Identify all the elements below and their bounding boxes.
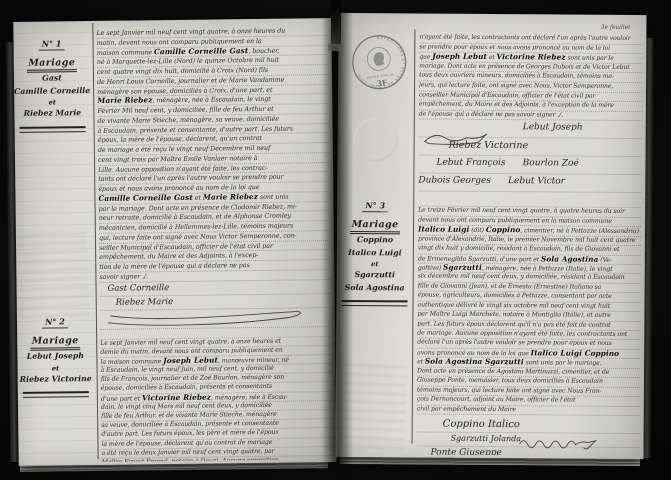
entry-type-label: Mariage xyxy=(350,218,401,234)
entry3-margin-label: N° 3 Mariage CoppinoItalico LuigietSgarz… xyxy=(337,193,414,307)
entry-end-rule xyxy=(342,300,408,306)
embossed-seal xyxy=(354,117,398,161)
entry-number: N° 2 xyxy=(42,315,68,328)
entry1-margin-label: N° 1 Mariage GastCamille CorneilleetRieb… xyxy=(13,31,90,132)
entry2-signature-block: Lebut Joseph Riebez Victorine Lebut Fran… xyxy=(418,120,641,194)
party-name: Camille Corneille Gast xyxy=(98,193,192,203)
margin-name-line: Sgarzutti xyxy=(337,269,413,282)
margin-name-line: Sola Agostina xyxy=(337,281,413,294)
margin-name-line: Gast xyxy=(14,72,90,85)
party-name: Victorine Riebez xyxy=(497,53,566,62)
svg-text:3F: 3F xyxy=(376,78,388,88)
left-text-column: Le sept Janvier mil neuf cent vingt quat… xyxy=(96,26,332,462)
entry1-signature-block: Gast Corneille Riebez Marie xyxy=(99,280,331,330)
etat-civil-stamp-icon: EXPÉDITIONS ET ACTES DE L'ÉTAT CIVIL PAP… xyxy=(347,30,412,95)
entry-end-rule xyxy=(20,126,86,133)
entry-type-label: Mariage xyxy=(30,334,81,351)
party-name: Sola Agostina xyxy=(541,254,598,263)
party-name: Joseph Lebut xyxy=(432,53,487,61)
signature: Riebez Victorine xyxy=(419,138,642,158)
entry2-margin-label: N° 2 Mariage Lebut JosephetRiebez Victor… xyxy=(17,309,94,398)
signature: Ponte Giuseppe xyxy=(416,446,639,456)
party-name: Sola Agostina Sgarzutti xyxy=(425,358,524,367)
entry-number: N° 1 xyxy=(39,37,65,50)
margin-name-line: Riebez Marie xyxy=(14,107,90,120)
party-name: Marie Riebez xyxy=(97,96,152,106)
left-page: N° 1 Mariage GastCamille CorneilleetRieb… xyxy=(13,18,336,466)
signature: Lebut Joseph xyxy=(419,120,642,140)
party-name: Marie Riebez xyxy=(203,192,258,202)
party-name: Joseph Lebut xyxy=(163,355,218,365)
margin-name-line: Camille Corneille xyxy=(14,85,90,98)
margin-name-line: Lebut Joseph xyxy=(17,350,93,363)
margin-name-line: Coppino xyxy=(337,234,413,247)
marianne-head-icon xyxy=(373,52,385,67)
ink-bleedthrough xyxy=(16,232,90,321)
entry2-text-block: Le sept Janvier mil neuf cent vingt quat… xyxy=(100,337,332,462)
right-margin-column: EXPÉDITIONS ET ACTES DE L'ÉTAT CIVIL PAP… xyxy=(335,13,416,458)
row-spacer xyxy=(418,192,641,209)
entry-type-label: Mariage xyxy=(26,56,77,73)
party-name: Victorine Riebez xyxy=(142,392,211,402)
party-name: Italico Luigi Coppino xyxy=(531,348,620,357)
signature: Lebut François Bourlon Zoé xyxy=(418,156,641,176)
margin-name-line: et xyxy=(337,259,413,270)
ink-bleedthrough xyxy=(338,364,407,451)
signature: Coppino Italico xyxy=(417,418,640,434)
bookmark-ribbon xyxy=(331,0,341,46)
entry1-text-block: Le sept Janvier mil neuf cent vingt quat… xyxy=(96,26,330,282)
party-name: Italico Luigi xyxy=(418,226,469,234)
entry2-continuation-block: n'ayant été faite, les contractants ont … xyxy=(419,33,643,121)
margin-name-line: Riebez Victorine xyxy=(18,373,94,386)
register-photo: N° 1 Mariage GastCamille CorneilleetRieb… xyxy=(0,0,671,480)
entry3-text-block: Le treize Février mil neuf cent vingt qu… xyxy=(417,207,641,416)
margin-name-line: Italico Luigi xyxy=(337,246,413,259)
right-page: 3e feuillet EXPÉDITIONS ET ACTES DE L'ÉT… xyxy=(335,13,646,459)
right-text-column: n'ayant été faite, les contractants ont … xyxy=(416,33,642,456)
signature-flourish xyxy=(100,308,330,330)
folio-label: 3e feuillet xyxy=(601,25,631,31)
entry3-signature-block: Coppino Italico Sgarzutti Jolanda Ponte … xyxy=(416,418,639,456)
party-name: Coppino xyxy=(486,226,521,235)
signature: Dubois Georges Lebut Victor xyxy=(418,174,641,194)
entry-number: N° 3 xyxy=(362,199,388,212)
party-name: Camille Corneille Gast xyxy=(154,46,248,56)
party-name: Sgarzutti xyxy=(443,263,482,271)
signature: Sgarzutti Jolanda xyxy=(417,432,640,448)
left-margin-column: N° 1 Mariage GastCamille CorneilleetRieb… xyxy=(13,21,96,466)
entry-end-rule xyxy=(23,391,89,398)
